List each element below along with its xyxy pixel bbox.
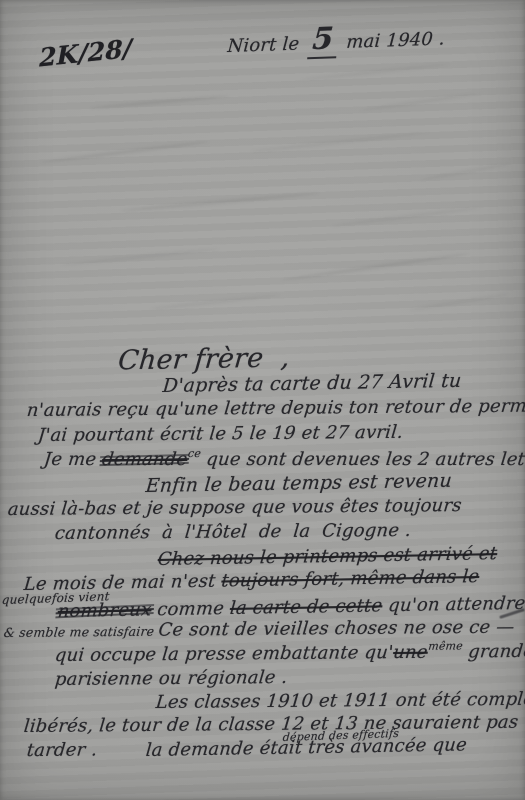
handwriting-segment: qu'on attendre.	[381, 593, 525, 617]
dateline: Niort le 5 mai 1940 .	[227, 20, 446, 62]
handwriting-line: Enfin le beau temps est revenu	[146, 470, 453, 497]
handwriting-line: n'aurais reçu qu'une lettre depuis ton r…	[27, 395, 525, 421]
handwriting-line-text: D'après ta carte du 27 Avril tu	[162, 370, 463, 397]
handwriting-segment: grande presse	[461, 640, 525, 662]
handwriting-line-text: Enfin le beau temps est revenu	[145, 470, 453, 497]
handwriting-line-text: Je me demandece que sont devenues les 2 …	[43, 449, 525, 470]
handwriting-line-text: la demande était très avancée que	[145, 734, 468, 761]
handwriting-segment: Enfin le beau temps est revenu	[145, 470, 453, 497]
handwriting-segment: n'aurais reçu qu'une lettre depuis ton r…	[26, 395, 525, 421]
handwriting-segment: qui occupe la presse embattante qu'	[54, 642, 394, 666]
handwriting-segment: cantonnés à l'Hôtel de la Cigogne .	[54, 520, 412, 544]
handwriting-line: qui occupe la presse embattante qu'unemê…	[55, 640, 525, 666]
handwriting-line-text: J'ai pourtant écrit le 5 le 19 et 27 avr…	[37, 422, 404, 446]
letter-page: 2K/28/ Niort le 5 mai 1940 . Cher frère …	[0, 0, 525, 800]
bleedthrough-stroke	[90, 94, 230, 110]
handwriting-line: J'ai pourtant écrit le 5 le 19 et 27 avr…	[38, 422, 403, 446]
bleedthrough-stroke	[410, 292, 509, 312]
handwriting-segment: J'ai pourtant écrit le 5 le 19 et 27 avr…	[37, 422, 404, 446]
bleedthrough-stroke	[120, 191, 320, 212]
handwriting-segment: comme	[151, 598, 231, 620]
handwriting-line-text: qui occupe la presse embattante qu'unemê…	[54, 640, 525, 666]
handwriting-line: libérés, le tour de la classe 12 et 13 n…	[24, 712, 519, 737]
handwriting-line: Les classes 1910 et 1911 ont été complèt…	[156, 688, 525, 713]
handwriting-line-text: cantonnés à l'Hôtel de la Cigogne .	[54, 520, 412, 544]
handwriting-line-text: tarder .	[26, 739, 98, 761]
handwriting-segment: & semble me satisfaire	[3, 624, 159, 640]
bleedthrough-stroke	[300, 62, 450, 82]
handwriting-segment: la demande était très avancée que	[145, 734, 468, 761]
handwriting-line: & semble me satisfaire Ce sont de vieill…	[4, 617, 515, 642]
handwriting-line: tarder .	[27, 739, 98, 761]
handwriting-segment: libérés, le tour de la classe 12 et 13 n…	[23, 712, 519, 737]
dateline-place: Niort le	[227, 33, 300, 57]
handwriting-segment: tarder .	[26, 739, 98, 761]
salutation-text: Cher frère ,	[117, 342, 291, 376]
handwriting-segment: Les classes 1910 et 1911 ont été complèt…	[155, 688, 525, 713]
bleedthrough-stroke	[250, 131, 429, 154]
archival-mark-text: 2K/28/	[39, 34, 132, 73]
dateline-rest: mai 1940 .	[346, 28, 446, 53]
handwriting-segment: aussi là-bas et je suppose que vous êtes…	[7, 495, 463, 520]
archival-mark: 2K/28/	[0, 5, 136, 105]
handwriting-segment: parisienne ou régionale .	[54, 667, 289, 690]
handwriting-segment: demande	[101, 449, 188, 470]
handwriting-segment: nombreux	[57, 599, 152, 622]
handwriting-line: cantonnés à l'Hôtel de la Cigogne .	[55, 520, 411, 544]
handwriting-segment: D'après ta carte du 27 Avril tu	[162, 370, 463, 397]
handwriting-segment: la carte de cette	[229, 595, 383, 619]
dateline-day: 5	[307, 24, 338, 59]
bleedthrough-stroke	[40, 140, 209, 165]
handwriting-line-text: parisienne ou régionale .	[54, 667, 289, 690]
handwriting-line: Je me demandece que sont devenues les 2 …	[44, 449, 525, 470]
handwriting-line-text: aussi là-bas et je suppose que vous êtes…	[7, 495, 463, 520]
handwriting-segment: ce	[187, 447, 201, 460]
handwriting-line-text: Les classes 1910 et 1911 ont été complèt…	[155, 688, 525, 713]
bleedthrough-stroke	[281, 252, 470, 282]
handwriting-line-text: & semble me satisfaire Ce sont de vieill…	[3, 617, 516, 642]
handwriting-line: parisienne ou régionale .	[55, 667, 288, 690]
bleedthrough-stroke	[360, 92, 479, 113]
bleedthrough-stroke	[420, 162, 509, 182]
handwriting-segment: que sont devenues les 2 autres lettres ?	[199, 449, 525, 470]
handwriting-line: la demande était très avancée que	[146, 734, 467, 761]
bleedthrough-stroke	[330, 206, 479, 228]
handwriting-segment: une	[392, 642, 428, 663]
handwriting-line: aussi là-bas et je suppose que vous êtes…	[8, 495, 462, 520]
handwriting-segment: même	[428, 639, 464, 652]
handwriting-segment: toujours fort, même dans le	[221, 566, 481, 592]
handwriting-line: D'après ta carte du 27 Avril tu	[163, 370, 462, 397]
bleedthrough-stroke	[60, 247, 220, 268]
handwriting-line-text: libérés, le tour de la classe 12 et 13 n…	[23, 712, 519, 737]
handwriting-segment: Ce sont de vieilles choses ne ose ce —	[158, 617, 516, 641]
bleedthrough-stroke	[150, 293, 280, 311]
handwriting-line-text: n'aurais reçu qu'une lettre depuis ton r…	[26, 395, 525, 421]
handwriting-segment: Je me	[43, 449, 103, 470]
